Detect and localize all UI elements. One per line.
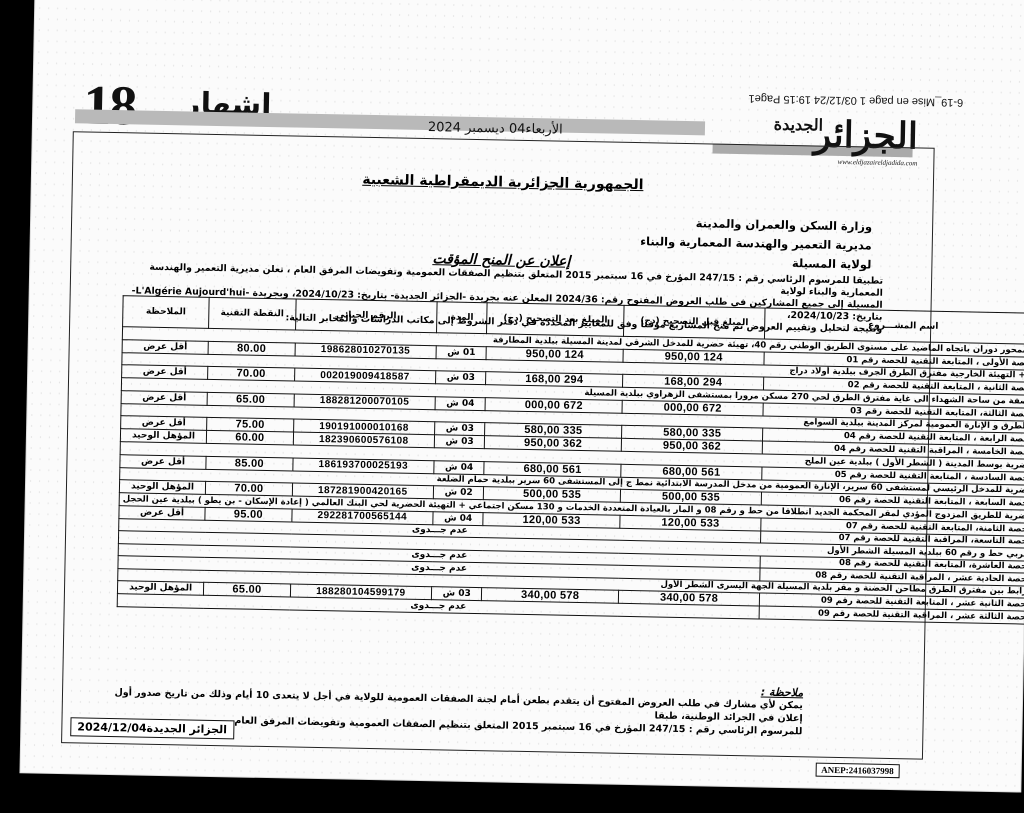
duration: 03 ش [431, 587, 482, 601]
logo-sub: الجديدة [774, 115, 824, 135]
table-body: الحصة رقم 01: انجاز معلم فني تاريخي بمحو… [117, 327, 1024, 628]
republic-title: الجمهورية الجزائرية الديمقراطية الشعبية [73, 166, 933, 199]
print-slug: 6-19_Mise en page 1 03/12/24 19:15 Page1 [749, 92, 964, 108]
duration: 04 ش [434, 460, 485, 474]
publication-stamp: الجزائر الجديدة2024/12/04 [70, 717, 234, 739]
col-duration: المدة [437, 302, 488, 334]
issue-date: الأربعاء04 ديسمبر 2024 [428, 120, 563, 138]
col-score: النقطة التقنية [209, 297, 296, 330]
duration: 04 ش [433, 511, 484, 525]
advertisement-frame: الجمهورية الجزائرية الديمقراطية الشعبية … [61, 131, 935, 759]
awards-table: رقم العرض مكتب الدراسات/ المخبر اسم المش… [117, 295, 1024, 628]
anep-reference: ANEP:2416037998 [815, 763, 900, 779]
duration: 03 ش [434, 435, 485, 449]
newspaper-page: 6-19_Mise en page 1 03/12/24 19:15 Page1… [20, 0, 1024, 792]
col-after: المبلغ بعد التصحيح (دج) [487, 303, 624, 337]
duration: 01 ش [436, 345, 487, 359]
page-number: 18 [83, 73, 136, 138]
col-before: المبلغ قبل التصحيح (دج) [623, 305, 765, 339]
duration: 04 ش [435, 396, 486, 410]
col-remark: الملاحظة [123, 296, 210, 329]
duration: 03 ش [435, 422, 486, 436]
duration: 02 ش [433, 486, 484, 500]
duration: 03 ش [436, 371, 487, 385]
col-tax-id: الرقم الجبائي [295, 299, 437, 333]
header-band [75, 109, 705, 135]
